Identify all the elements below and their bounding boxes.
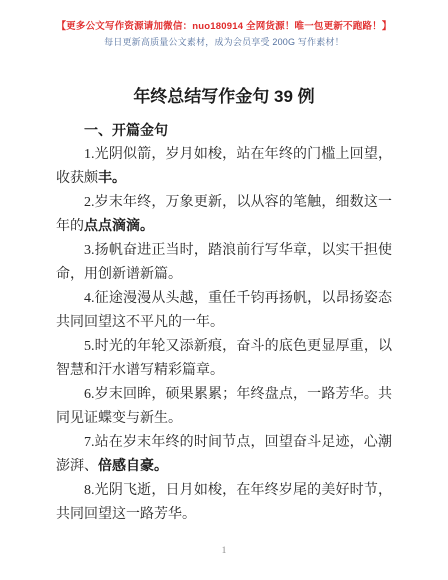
list-item: 5.时光的年轮又添新痕，奋斗的底色更显厚重，以智慧和汗水谱写精彩篇章。 xyxy=(56,335,392,383)
item-text-bold: 点点滴滴。 xyxy=(84,217,154,233)
document-title: 年终总结写作金句 39 例 xyxy=(0,86,448,108)
page-number: 1 xyxy=(0,546,448,556)
item-text: 8.光阴飞逝，日月如梭，在年终岁尾的美好时节，共同回望这一路芳华。 xyxy=(56,483,392,523)
list-item: 2.岁末年终，万象更新，以从容的笔触，细数这一年的点点滴滴。 xyxy=(56,191,392,239)
header-promo-line2: 每日更新高质量公文素材，成为会员享受 200G 写作素材！ xyxy=(0,35,448,49)
item-text-bold: 丰。 xyxy=(98,169,126,185)
item-text: 6.岁末回眸，硕果累累；年终盘点，一路芳华。共同见证蝶变与新生。 xyxy=(56,387,392,427)
page-header: 【更多公文写作资源请加微信：nuo180914 全网货源！唯一包更新不跑路！】 … xyxy=(0,0,448,49)
item-text: 3.扬帆奋进正当时，踏浪前行写华章，以实干担使命，用创新谱新篇。 xyxy=(56,243,392,283)
list-item: 3.扬帆奋进正当时，踏浪前行写华章，以实干担使命，用创新谱新篇。 xyxy=(56,239,392,287)
list-item: 8.光阴飞逝，日月如梭，在年终岁尾的美好时节，共同回望这一路芳华。 xyxy=(56,479,392,527)
list-item: 6.岁末回眸，硕果累累；年终盘点，一路芳华。共同见证蝶变与新生。 xyxy=(56,383,392,431)
item-text: 4.征途漫漫从头越，重任千钧再扬帆，以昂扬姿态共同回望这不平凡的一年。 xyxy=(56,291,392,331)
item-text: 5.时光的年轮又添新痕，奋斗的底色更显厚重，以智慧和汗水谱写精彩篇章。 xyxy=(56,339,392,379)
header-promo-line1: 【更多公文写作资源请加微信：nuo180914 全网货源！唯一包更新不跑路！】 xyxy=(0,19,448,35)
document-body: 一、开篇金句 1.光阴似箭，岁月如梭，站在年终的门槛上回望，收获颇丰。 2.岁末… xyxy=(0,119,448,527)
list-item: 4.征途漫漫从头越，重任千钧再扬帆，以昂扬姿态共同回望这不平凡的一年。 xyxy=(56,287,392,335)
document-page: 【更多公文写作资源请加微信：nuo180914 全网货源！唯一包更新不跑路！】 … xyxy=(0,0,448,580)
item-text-bold: 倍感自豪。 xyxy=(98,457,168,473)
list-item: 7.站在岁末年终的时间节点，回望奋斗足迹，心潮澎湃、倍感自豪。 xyxy=(56,431,392,479)
list-item: 1.光阴似箭，岁月如梭，站在年终的门槛上回望，收获颇丰。 xyxy=(56,143,392,191)
section-heading: 一、开篇金句 xyxy=(56,119,392,143)
